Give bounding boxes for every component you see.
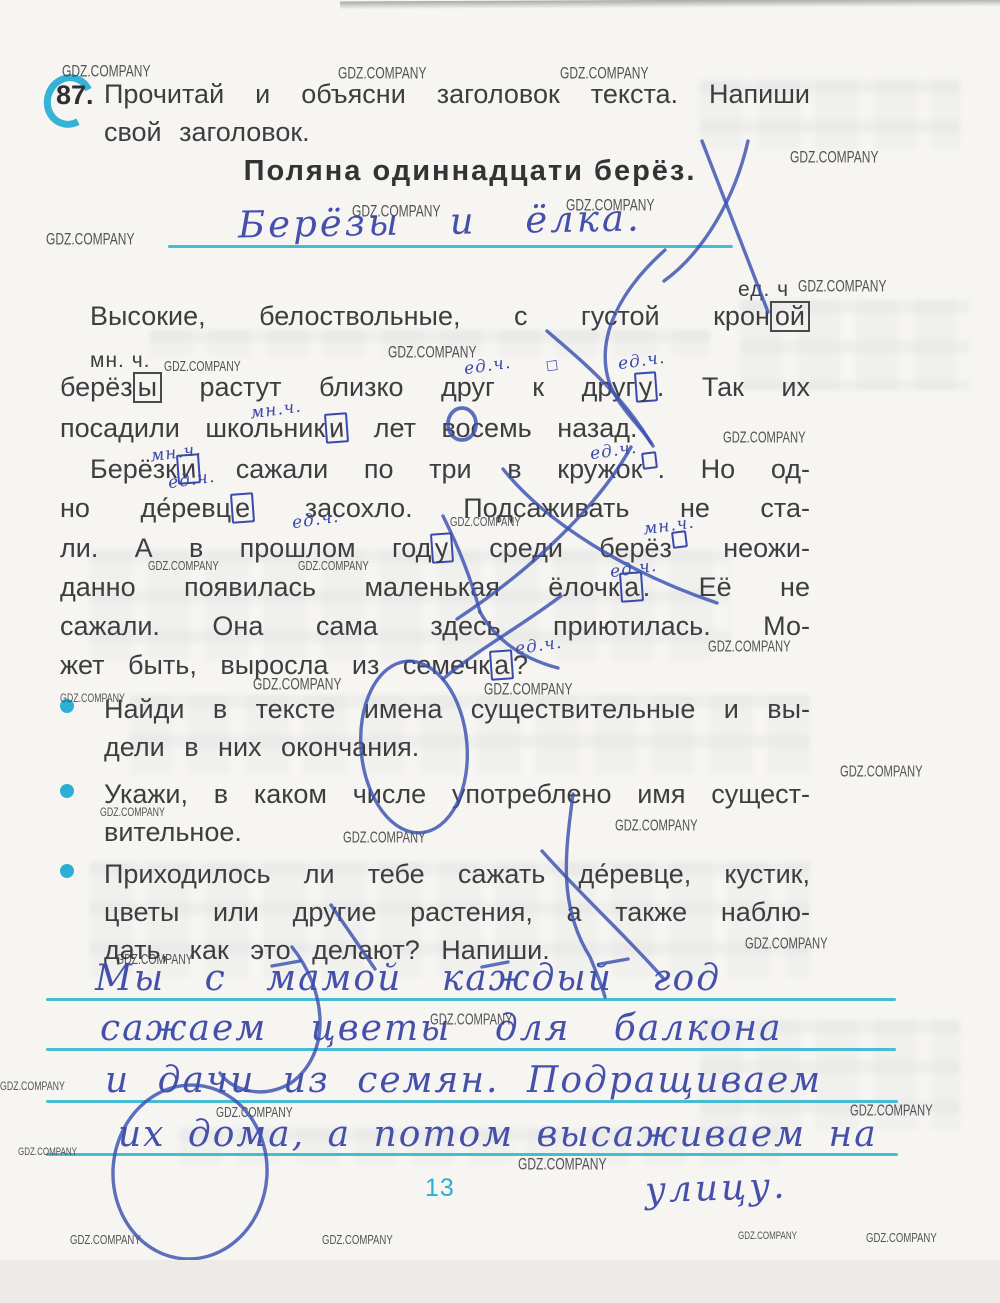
watermark: GDZ.COMPANY: [70, 1232, 141, 1247]
task-text-line: Прочитай и объясни заголовок текста. Нап…: [104, 78, 810, 112]
printed-annotation: ед. ч: [738, 278, 789, 302]
pen-annotation: □: [545, 357, 560, 374]
watermark: GDZ.COMPANY: [352, 202, 440, 221]
bullet-line: вительное.: [104, 813, 810, 851]
watermark: GDZ.COMPANY: [798, 277, 886, 296]
watermark: GDZ.COMPANY: [518, 1155, 606, 1174]
pen-ending-box: е: [230, 492, 255, 524]
watermark: GDZ.COMPANY: [850, 1101, 933, 1119]
watermark: GDZ.COMPANY: [723, 428, 806, 446]
bullet-icon: [60, 784, 74, 798]
watermark: GDZ.COMPANY: [484, 680, 572, 699]
bullet-line: Найди в тексте имена существительные и в…: [104, 690, 810, 728]
scan-edge-shadow: [340, 0, 1000, 9]
watermark: GDZ.COMPANY: [343, 828, 426, 846]
watermark: GDZ.COMPANY: [338, 64, 426, 83]
pen-ending-box: у: [634, 371, 658, 402]
watermark: GDZ.COMPANY: [116, 951, 193, 968]
bullet-icon: [60, 864, 74, 878]
pen-ending-box: у: [430, 532, 454, 563]
text-line: посадили школьники лет восемь назад.: [60, 412, 810, 446]
watermark: GDZ.COMPANY: [216, 1104, 293, 1121]
printed-ending-box: ы: [133, 372, 162, 403]
watermark: GDZ.COMPANY: [450, 514, 521, 529]
handwritten-answer-line: и дачи из семян. Подращиваем: [105, 1060, 822, 1101]
bullet-task: Найди в тексте имена существительные и в…: [60, 690, 810, 766]
watermark: GDZ.COMPANY: [148, 558, 219, 573]
pen-ending-box: а: [489, 649, 514, 681]
text-line: берёзы растут близко друг к другу. Так и…: [60, 371, 810, 405]
page-bottom-margin: [0, 1260, 1000, 1303]
bullet-line: дели в них окончания.: [104, 728, 810, 766]
pen-ending-box: и: [324, 412, 349, 444]
watermark: GDZ.COMPANY: [60, 692, 125, 705]
task-text-line: свой заголовок.: [104, 116, 810, 150]
watermark: GDZ.COMPANY: [866, 1230, 937, 1245]
text-line: Высокие, белоствольные, с густой кроной: [60, 300, 810, 334]
pen-zero-ending-box: [642, 451, 659, 470]
watermark: GDZ.COMPANY: [164, 358, 241, 375]
watermark: GDZ.COMPANY: [790, 148, 878, 167]
text-line: данно появилась маленькая ёлочка. Её не: [60, 571, 810, 605]
watermark: GDZ.COMPANY: [738, 1230, 797, 1242]
watermark: GDZ.COMPANY: [298, 558, 369, 573]
watermark: GDZ.COMPANY: [708, 637, 791, 655]
text-line: жет быть, выросла из семечка?: [60, 649, 810, 683]
handwritten-answer-line: улицу.: [644, 1166, 788, 1212]
watermark: GDZ.COMPANY: [430, 1010, 513, 1028]
bullet-line: цветы или другие растения, а также наблю…: [104, 893, 810, 931]
watermark: GDZ.COMPANY: [253, 675, 341, 694]
watermark: GDZ.COMPANY: [62, 62, 150, 81]
watermark: GDZ.COMPANY: [0, 1080, 65, 1093]
watermark: GDZ.COMPANY: [840, 762, 923, 780]
watermark: GDZ.COMPANY: [18, 1146, 77, 1158]
watermark: GDZ.COMPANY: [745, 934, 828, 952]
text-line: но де́ревце засохло. Подсаживать не ста-: [60, 492, 810, 526]
text-line: сажали. Она сама здесь приютилась. Мо-: [60, 610, 810, 644]
printed-annotation: мн. ч.: [90, 349, 150, 373]
watermark: GDZ.COMPANY: [322, 1232, 393, 1247]
watermark: GDZ.COMPANY: [46, 230, 134, 249]
exercise-number: 87.: [56, 80, 94, 111]
bullet-line: Приходилось ли тебе сажать де́ревце, кус…: [104, 855, 810, 893]
workbook-page-scan: 87. Прочитай и объясни заголовок текста.…: [0, 0, 1000, 1303]
bullet-line: Укажи, в каком числе употреблено имя сущ…: [104, 775, 810, 813]
bullet-task: Укажи, в каком числе употреблено имя сущ…: [60, 775, 810, 851]
printed-ending-box: ой: [770, 301, 810, 332]
watermark: GDZ.COMPANY: [615, 816, 698, 834]
page-number: 13: [425, 1174, 455, 1203]
watermark: GDZ.COMPANY: [560, 64, 648, 83]
watermark: GDZ.COMPANY: [566, 196, 654, 215]
text-title: Поляна одиннадцати берёз.: [150, 155, 790, 188]
watermark: GDZ.COMPANY: [388, 343, 476, 362]
watermark: GDZ.COMPANY: [100, 806, 165, 819]
